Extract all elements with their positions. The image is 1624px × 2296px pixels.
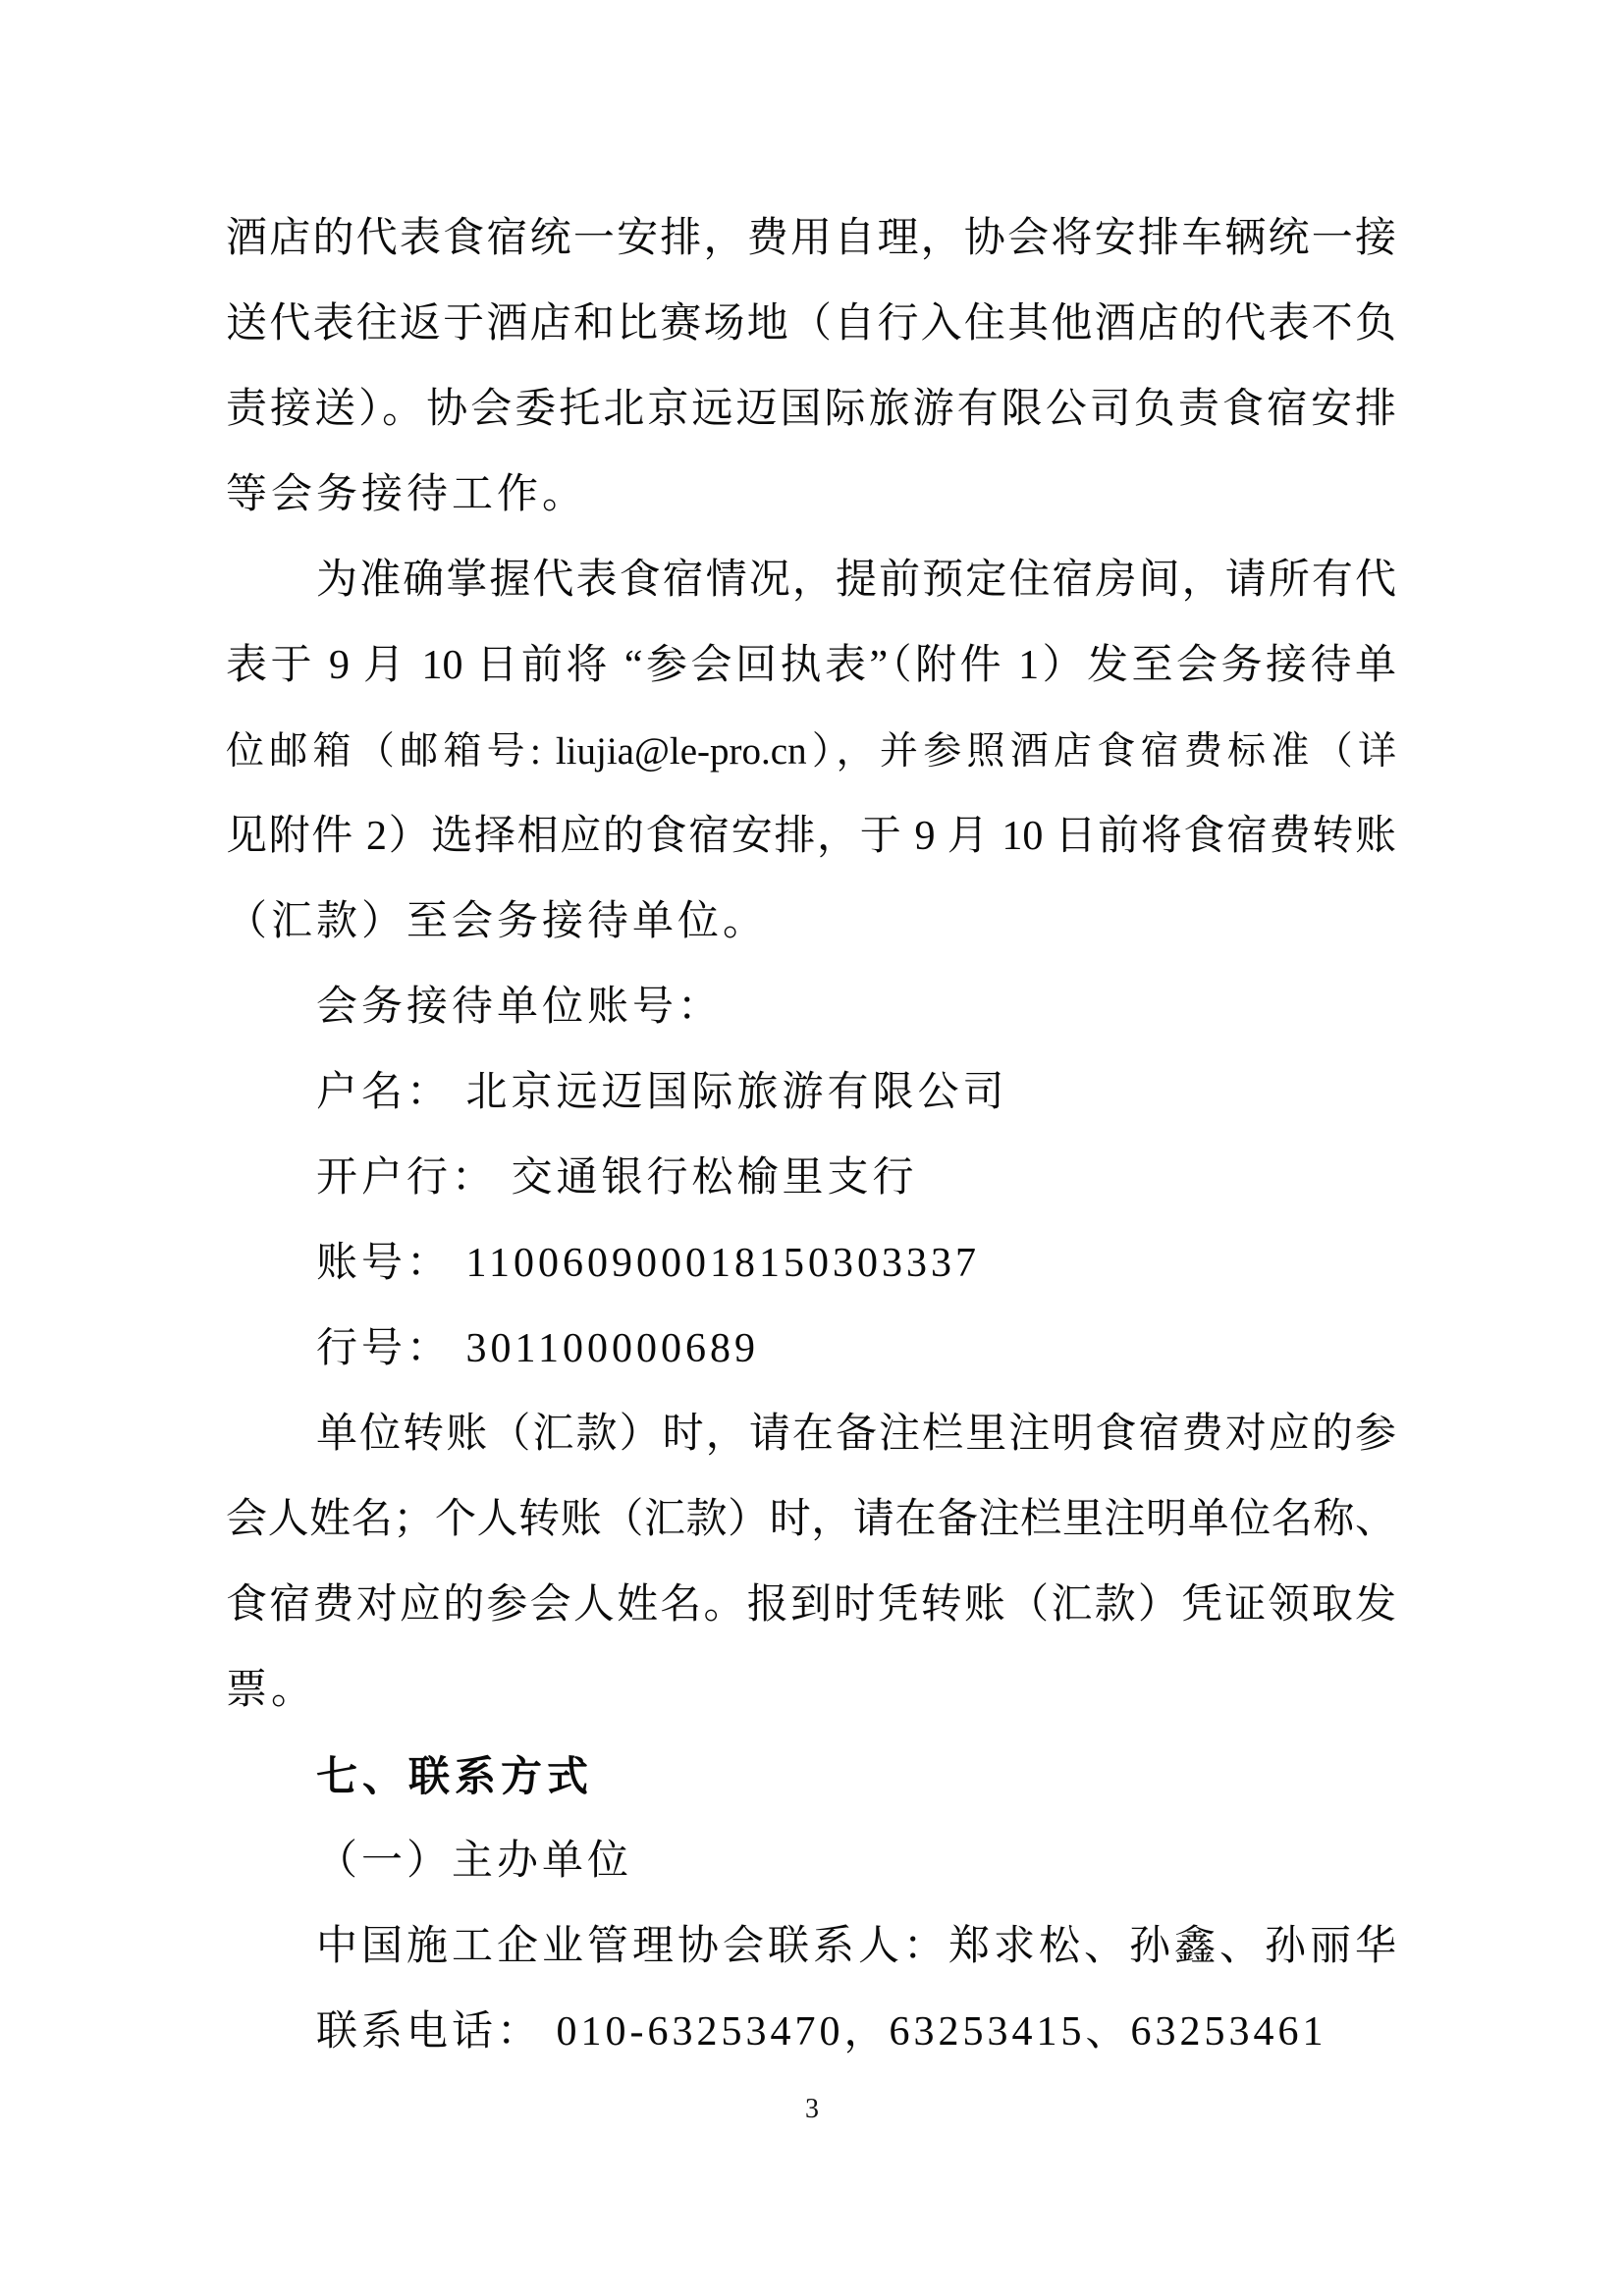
document-line: （汇款）至会务接待单位。 bbox=[226, 880, 1396, 965]
document-line: 会人姓名；个人转账（汇款）时，请在备注栏里注明单位名称、 bbox=[226, 1477, 1396, 1563]
document-line: 账号： 110060900018150303337 bbox=[226, 1221, 1396, 1307]
document-line: 表于 9 月 10 日前将 “参会回执表”（附件 1）发至会务接待单 bbox=[226, 623, 1396, 709]
document-line: 联系电话： 010-63253470，63253415、63253461 bbox=[226, 1990, 1396, 2075]
document-line: 开户行： 交通银行松榆里支行 bbox=[226, 1136, 1396, 1221]
document-line: 中国施工企业管理协会联系人：郑求松、孙鑫、孙丽华 bbox=[226, 1904, 1396, 1990]
document-line: 行号： 301100000689 bbox=[226, 1307, 1396, 1392]
document-line: 户名： 北京远迈国际旅游有限公司 bbox=[226, 1050, 1396, 1136]
document-page: 酒店的代表食宿统一安排，费用自理，协会将安排车辆统一接送代表往返于酒店和比赛场地… bbox=[0, 0, 1624, 2296]
document-line: 等会务接待工作。 bbox=[226, 453, 1396, 538]
page-number: 3 bbox=[0, 2089, 1624, 2130]
document-line: 责接送）。协会委托北京远迈国际旅游有限公司负责食宿安排 bbox=[226, 367, 1396, 453]
document-line: 会务接待单位账号： bbox=[226, 965, 1396, 1050]
document-body: 酒店的代表食宿统一安排，费用自理，协会将安排车辆统一接送代表往返于酒店和比赛场地… bbox=[226, 196, 1396, 2075]
document-line: 见附件 2）选择相应的食宿安排，于 9 月 10 日前将食宿费转账 bbox=[226, 794, 1396, 880]
document-line: 票。 bbox=[226, 1648, 1396, 1734]
document-line: 单位转账（汇款）时，请在备注栏里注明食宿费对应的参 bbox=[226, 1392, 1396, 1477]
section-heading: 七、联系方式 bbox=[226, 1734, 1396, 1819]
document-line: 酒店的代表食宿统一安排，费用自理，协会将安排车辆统一接 bbox=[226, 196, 1396, 282]
subsection-heading: （一）主办单位 bbox=[226, 1819, 1396, 1904]
document-line: 送代表往返于酒店和比赛场地（自行入住其他酒店的代表不负 bbox=[226, 282, 1396, 367]
document-line: 食宿费对应的参会人姓名。报到时凭转账（汇款）凭证领取发 bbox=[226, 1563, 1396, 1648]
document-line: 位邮箱（邮箱号: liujia@le-pro.cn），并参照酒店食宿费标准（详 bbox=[226, 709, 1396, 794]
document-line: 为准确掌握代表食宿情况，提前预定住宿房间，请所有代 bbox=[226, 538, 1396, 623]
